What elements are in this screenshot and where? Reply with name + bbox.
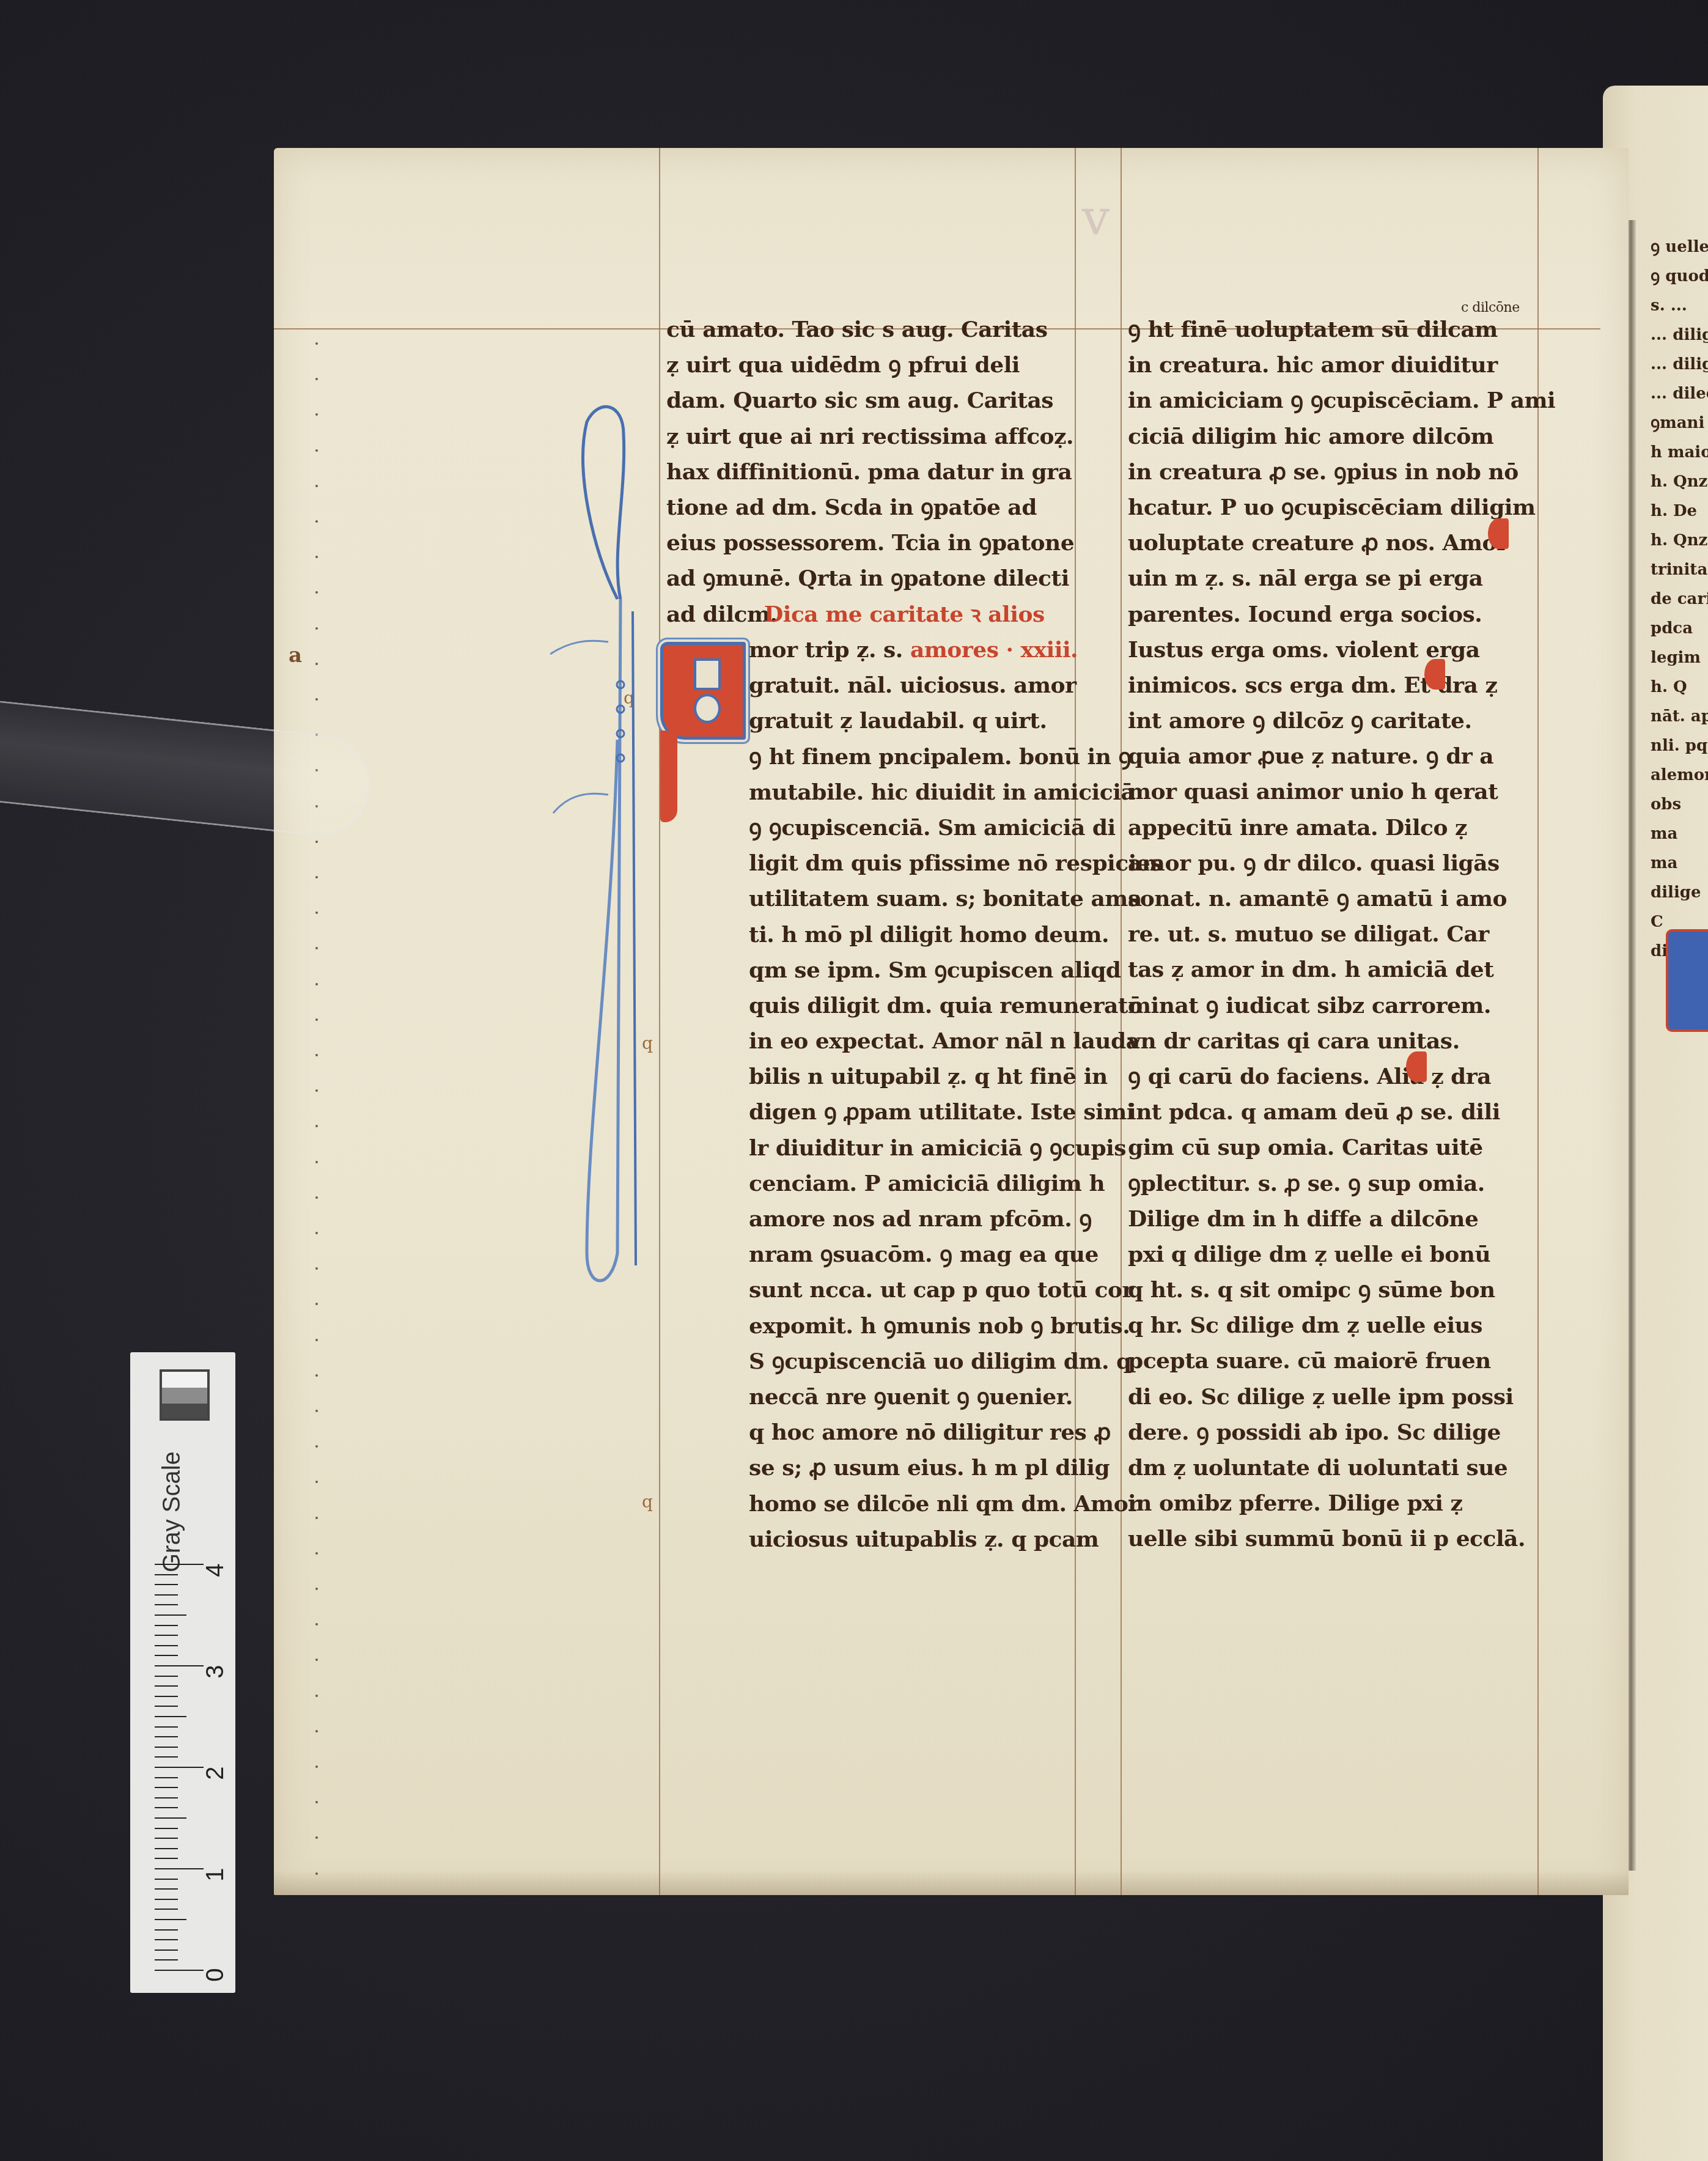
prick-mark <box>315 1196 318 1199</box>
manuscript-line: sunt ncca. ut cap p quo totū cor <box>749 1272 1162 1308</box>
manuscript-line: amor pu. ꝯ dr dilco. quasi ligās <box>1128 845 1555 881</box>
ruler-tick <box>155 1584 178 1585</box>
manuscript-line: quis diligit dm. quia remuneratō <box>749 988 1162 1023</box>
ruler-tick <box>155 1696 178 1697</box>
ruler-tick <box>155 1706 178 1707</box>
rubric-chapter-number: amores · xxiii. <box>910 637 1078 663</box>
manuscript-line: utilitatem suam. s; bonitate ama <box>749 881 1162 916</box>
manuscript-line: q hr. Sc dilige dm ẓ uelle eius <box>1128 1308 1555 1343</box>
offset-ink-mark: v <box>1082 190 1110 246</box>
prick-mark <box>315 1161 318 1163</box>
ruler-tick <box>155 1594 178 1596</box>
ruler-tick <box>155 1645 178 1646</box>
ruler-tick <box>155 1929 178 1931</box>
prick-mark <box>315 1232 318 1234</box>
red-paragraph-initial <box>1406 1051 1427 1082</box>
ruler-tick <box>155 1655 178 1656</box>
prick-mark <box>315 520 318 523</box>
manuscript-line: nāt. ap <box>1651 702 1708 731</box>
manuscript-line: ꝯ qi carū do faciens. Alia ẓ dra <box>1128 1059 1555 1094</box>
prick-mark <box>315 1410 318 1412</box>
ruler-tick <box>155 1736 178 1737</box>
manuscript-line: ꝯplectitur. s. ꝓ se. ꝯ sup omia. <box>1128 1166 1555 1201</box>
manuscript-line: legim <box>1651 643 1708 672</box>
ruler-tick <box>155 1726 178 1728</box>
prick-mark <box>315 1730 318 1732</box>
manuscript-line: amore nos ad nram pfcōm. ꝯ <box>749 1201 1162 1237</box>
ruler-tick <box>155 1959 178 1960</box>
manuscript-line: ꝯmani <box>1651 408 1708 438</box>
manuscript-line: hcatur. P uo ꝯcupiscēciam diligim <box>1128 490 1555 525</box>
left-column-text-body: mor trip ẓ. s. amores · xxiii.gratuit. n… <box>749 632 1162 1557</box>
manuscript-line: appecitū inre amata. Dilco ẓ <box>1128 810 1555 845</box>
manuscript-line: ꝯ ht finē uoluptatem sū dilcam <box>1128 312 1555 347</box>
paragraph-mark: q <box>642 1492 653 1512</box>
manuscript-line: parentes. Iocund erga socios. <box>1128 597 1555 632</box>
ruler-number: 2 <box>202 1766 229 1780</box>
manuscript-line: in creatura ꝓ se. ꝯpius in nob nō <box>1128 454 1555 490</box>
manuscript-line: in amiciciam ꝯ ꝯcupiscēciam. P ami <box>1128 383 1555 418</box>
ruler-tick <box>155 1949 178 1951</box>
manuscript-line: in eo expectat. Amor nāl n lauda <box>749 1023 1162 1059</box>
facing-page-text: ꝯ uelle q...ꝯ quod. f...s. ...... diligi… <box>1651 232 1708 966</box>
manuscript-line: h. Qnz <box>1651 526 1708 555</box>
right-column-text: ꝯ ht finē uoluptatem sū dilcamin creatur… <box>1128 312 1555 1557</box>
ruler-tick <box>155 1848 178 1849</box>
manuscript-line: ad ꝯmunē. Qrta in ꝯpatone dilecti <box>666 561 1074 596</box>
prick-mark <box>315 663 318 665</box>
manuscript-line: cenciam. P amiciciā diligim h <box>749 1166 1162 1201</box>
ruler-tick <box>155 1747 178 1748</box>
prick-mark <box>315 1695 318 1697</box>
prick-mark <box>315 1018 318 1021</box>
folio-bottom-edge <box>274 1871 1629 1895</box>
manuscript-line: homo se dilcōe nli qm dm. Amor <box>749 1486 1162 1522</box>
manuscript-line: expomit. h ꝯmunis nob ꝯ brutis. <box>749 1308 1162 1344</box>
ruler-tick <box>155 1828 178 1829</box>
prick-mark <box>315 1552 318 1555</box>
manuscript-line: eius possessorem. Tcia in ꝯpatone <box>666 525 1074 561</box>
ruling-line-left-col-left <box>659 148 660 1895</box>
prick-mark <box>315 449 318 452</box>
ruler-tick <box>155 1797 178 1798</box>
manuscript-line: inimicos. scs erga dm. Et dra ẓ <box>1128 668 1555 703</box>
manuscript-line: pxi q dilige dm ẓ uelle ei bonū <box>1128 1237 1555 1272</box>
manuscript-line: tione ad dm. Scda in ꝯpatōe ad <box>666 490 1074 525</box>
manuscript-line: dam. Quarto sic sm aug. Caritas <box>666 383 1074 418</box>
manuscript-line: quia amor ꝓue ẓ nature. ꝯ dr a <box>1128 738 1555 774</box>
prick-mark <box>315 876 318 878</box>
manuscript-line: di eo. Sc dilige ẓ uelle ipm possi <box>1128 1379 1555 1415</box>
manuscript-line: pdca <box>1651 614 1708 643</box>
ruler-tick <box>155 1879 178 1880</box>
manuscript-line: h. De <box>1651 496 1708 526</box>
left-column-text-top: cū amato. Tao sic s aug. Caritasẓ uirt q… <box>666 312 1074 632</box>
paragraph-mark: q <box>642 1033 653 1053</box>
manuscript-line: minat ꝯ iudicat sibz carrorem. <box>1128 988 1555 1023</box>
manuscript-line: ꝯ quod. f... <box>1651 262 1708 291</box>
ruler-number: 1 <box>202 1868 229 1881</box>
manuscript-line: ti. h mō pl diligit homo deum. <box>749 917 1162 952</box>
paragraph-mark: q <box>624 688 635 708</box>
manuscript-line: mor trip ẓ. s. amores · xxiii. <box>749 632 1162 668</box>
ruler-tick <box>155 1676 178 1677</box>
prick-mark <box>315 1588 318 1590</box>
prick-mark <box>315 1054 318 1056</box>
manuscript-line: re. ut. s. mutuo se diligat. Car <box>1128 916 1555 952</box>
red-paragraph-initial <box>1424 659 1445 690</box>
manuscript-line: int amore ꝯ dilcōz ꝯ caritate. <box>1128 703 1555 738</box>
prick-mark <box>315 1374 318 1377</box>
manuscript-line: ma <box>1651 849 1708 878</box>
manuscript-line: gratuit ẓ laudabil. q uirt. <box>749 703 1162 738</box>
manuscript-line: h. Qnz <box>1651 467 1708 496</box>
manuscript-line: dere. ꝯ possidi ab ipo. Sc dilige <box>1128 1415 1555 1450</box>
manuscript-line: in creatura. hic amor diuiditur <box>1128 347 1555 383</box>
ruler-tick <box>155 1807 178 1808</box>
rubric-heading: Dica me caritate ꝛ alios <box>764 597 1045 632</box>
manuscript-line: ... dilec <box>1651 379 1708 408</box>
prick-mark <box>315 1339 318 1341</box>
manuscript-line: uin m ẓ. s. nāl erga se pi erga <box>1128 561 1555 596</box>
ruler-number: 3 <box>202 1665 229 1678</box>
ruler-tick <box>155 1625 178 1626</box>
manuscript-line: ma <box>1651 819 1708 849</box>
manuscript-line: nram ꝯsuacōm. ꝯ mag ea que <box>749 1237 1162 1272</box>
manuscript-line: dilige <box>1651 878 1708 907</box>
manuscript-line: h maior <box>1651 438 1708 467</box>
manuscript-line: de caritate <box>1651 584 1708 614</box>
gray-scale-card: Gray Scale 0 1 2 3 4 <box>130 1352 235 1993</box>
gray-scale-swatches <box>160 1369 210 1421</box>
manuscript-line: uelle sibi summū bonū ii p ecclā. <box>1128 1521 1555 1556</box>
manuscript-line: ẓ uirt que ai nri rectissima affcoẓ. <box>666 419 1074 454</box>
manuscript-line: trinitas <box>1651 555 1708 584</box>
ruler-tick <box>155 1909 178 1910</box>
prick-mark <box>315 627 318 630</box>
manuscript-line: mor quasi animor unio h qerat <box>1128 774 1555 809</box>
manuscript-line: ẓ uirt qua uidēdm ꝯ pfrui deli <box>666 347 1074 383</box>
prick-mark <box>315 698 318 701</box>
ruler-tick <box>155 1817 186 1819</box>
ruler-tick <box>155 1665 204 1666</box>
swatch-mid-gray <box>162 1388 207 1404</box>
marginal-annotation-a: a <box>289 643 302 668</box>
ruler-tick <box>155 1888 178 1890</box>
ruler-number: 4 <box>202 1563 229 1577</box>
ruler-tick <box>155 1716 186 1717</box>
prick-mark <box>315 485 318 487</box>
ruler-tick <box>155 1564 204 1565</box>
manuscript-line: h. Q <box>1651 672 1708 702</box>
prick-mark <box>315 1765 318 1768</box>
manuscript-line: vn dr caritas qi cara unitas. <box>1128 1023 1555 1059</box>
manuscript-line: pcepta suare. cū maiorē fruen <box>1128 1343 1555 1379</box>
ruler-tick <box>155 1685 178 1687</box>
ruler-tick <box>155 1635 178 1636</box>
manuscript-line: sonat. n. amantē ꝯ amatū i amo <box>1128 881 1555 916</box>
ruler-tick <box>155 1614 186 1616</box>
ruler-tick <box>155 1574 178 1575</box>
manuscript-line: S ꝯcupiscenciā uo diligim dm. q <box>749 1344 1162 1379</box>
initial-counter-top <box>694 658 721 690</box>
ruler-tick <box>155 1899 178 1900</box>
manuscript-line: ligit dm quis pfissime nō respicies <box>749 845 1162 881</box>
manuscript-line: dm ẓ uoluntate di uoluntati sue <box>1128 1450 1555 1485</box>
ruler-tick <box>155 1939 178 1940</box>
manuscript-line: q ht. s. q sit omipc ꝯ sūme bon <box>1128 1272 1555 1308</box>
ruler-tick <box>155 1787 178 1788</box>
manuscript-line: s. ... <box>1651 291 1708 320</box>
ruler-tick <box>155 1756 178 1758</box>
ruler-tick <box>155 1767 204 1768</box>
manuscript-line: ꝯ uelle q... <box>1651 232 1708 262</box>
manuscript-line: uiciosus uitupablis ẓ. q pcam <box>749 1522 1162 1557</box>
facing-page-blue-initial <box>1666 929 1708 1032</box>
manuscript-line: nli. pq <box>1651 731 1708 760</box>
ruler-tick <box>155 1604 178 1605</box>
manuscript-line: se s; ꝓ usum eius. h m pl dilig <box>749 1450 1162 1485</box>
manuscript-line: ꝯ ꝯcupiscenciā. Sm amiciciā di <box>749 810 1162 845</box>
gray-scale-label: Gray Scale <box>158 1487 183 1572</box>
manuscript-line: int pdca. q amam deū ꝓ se. dili <box>1128 1094 1555 1130</box>
ruler-tick <box>155 1838 178 1839</box>
prick-mark <box>315 1517 318 1519</box>
prick-mark <box>315 983 318 985</box>
ruler-tick <box>155 1919 186 1920</box>
decorated-initial-a <box>660 642 746 740</box>
manuscript-line: neccā nre ꝯuenit ꝯ ꝯuenier. <box>749 1379 1162 1415</box>
manuscript-line: obs <box>1651 790 1708 819</box>
ruler-tick <box>155 1858 178 1859</box>
manuscript-line: hax diffinitionū. pma datur in gra <box>666 454 1074 490</box>
swatch-dark-gray <box>162 1404 207 1418</box>
manuscript-line: ... diligim <box>1651 350 1708 379</box>
manuscript-line: alemore <box>1651 760 1708 790</box>
manuscript-line: ꝯ ht finem pncipalem. bonū in ꝯ <box>749 739 1162 775</box>
manuscript-line: Dilige dm in h diffe a dilcōne <box>1128 1201 1555 1237</box>
ruler-tick <box>155 1777 178 1778</box>
manuscript-line: qm se ipm. Sm ꝯcupiscen aliqd <box>749 952 1162 988</box>
initial-counter-bottom <box>694 694 721 723</box>
manuscript-line: q hoc amore nō diligitur res ꝓ <box>749 1415 1162 1450</box>
ruler-number: 0 <box>202 1968 229 1981</box>
manuscript-line: in omibz pferre. Dilige pxi ẓ <box>1128 1485 1555 1521</box>
manuscript-line: gim cū sup omia. Caritas uitē <box>1128 1130 1555 1165</box>
ruler-tick <box>155 1868 204 1869</box>
manuscript-line: ... diligim <box>1651 320 1708 350</box>
manuscript-line: bilis n uitupabil ẓ. q ht finē in <box>749 1059 1162 1094</box>
prick-mark <box>315 1872 318 1875</box>
manuscript-line: Iustus erga oms. violent erga <box>1128 632 1555 668</box>
manuscript-line: cū amato. Tao sic s aug. Caritas <box>666 312 1074 347</box>
manuscript-line: mutabile. hic diuidit in amiciciā <box>749 775 1162 810</box>
ruler-tick <box>155 1970 204 1971</box>
prick-mark <box>315 342 318 345</box>
manuscript-line: digen ꝯ ꝓpam utilitate. Iste simi <box>749 1094 1162 1130</box>
manuscript-line: gratuit. nāl. uiciosus. amor <box>749 668 1162 703</box>
initial-descender <box>660 731 677 822</box>
manuscript-line: lr diuiditur in amiciciā ꝯ ꝯcupis <box>749 1130 1162 1166</box>
manuscript-line: tas ẓ amor in dm. h amiciā det <box>1128 952 1555 987</box>
red-paragraph-initial <box>1488 518 1509 549</box>
prick-mark <box>315 841 318 843</box>
manuscript-line: ciciā diligim hic amore dilcōm <box>1128 419 1555 454</box>
